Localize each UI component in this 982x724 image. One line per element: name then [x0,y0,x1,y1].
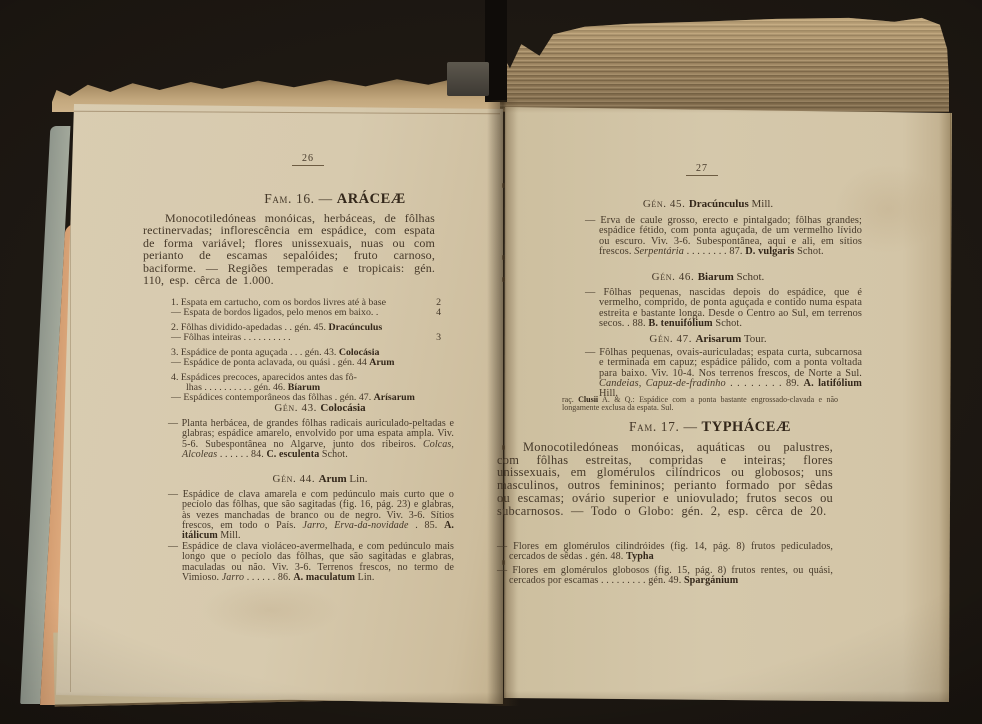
family-heading-araceae: Fam. 16. — ARÁCEÆ [185,191,485,208]
stitch-mark [502,255,505,260]
genus-heading-biarum: Gén. 46. Biarum Schot. [558,271,858,283]
genus-heading-colocasia: Gén. 43. Colocásia [170,402,470,414]
stitch-mark [502,183,505,188]
key-line: — Espádice de ponta aclavada, ou quási .… [171,358,441,368]
key-entry-sparganium: — Flores em glomérulos globosos (fig. 15… [497,566,833,587]
book-gutter [487,100,519,706]
genus-heading-arisarum: Gén. 47. Arisarum Tour. [558,333,858,345]
species-entry-arisarum: — Fôlhas pequenas, ovais-auriculadas; es… [585,348,862,399]
species-entry-biarum: — Fôlhas pequenas, nascidas depois do es… [585,288,862,329]
binding-tab [447,62,489,96]
book-scan: 26 Fam. 16. — ARÁCEÆ Monocotiledóneas mo… [0,0,982,724]
race-note-clusii: raç. Clusii A. & Q.: Espádice com a pont… [562,396,838,413]
key-line: — Fôlhas inteiras . . . . . . . . . .3 [171,333,441,343]
page-stack-fore-edge [494,15,949,112]
family-heading-typhaceae: Fam. 17. — TYPHÁCEÆ [560,419,860,436]
family-intro-paragraph: Monocotiledóneas monóicas, herbáceas, de… [143,212,435,286]
left-page-number: 26 [287,153,329,166]
key-entry-typha: — Flores em glomérulos cilindróides (fig… [497,542,833,563]
species-entry-arum-italicum: — Espádice de clava amarela e com pedúnc… [168,490,454,542]
page-shadow [503,691,957,705]
species-entry-dracunculus: — Erva de caule grosso, erecto e pintalg… [585,216,862,257]
page-edge-line [953,108,954,702]
genus-heading-arum: Gén. 44. Arum Lin. [170,473,470,485]
key-line: — Espata de bordos ligados, pelo menos e… [171,308,441,318]
page-edge-line [72,111,500,115]
paper-stain [200,580,340,640]
species-entry-arum-maculatum: — Espádice de clava violáceo-avermelhada… [168,542,454,583]
dichotomous-key: 1. Espata em cartucho, com os bordos liv… [171,298,441,403]
right-page-number: 27 [681,163,723,176]
page-edge-line [950,110,951,701]
stitch-mark [502,277,505,282]
species-entry-colocasia: — Planta herbácea, de grandes fôlhas rad… [168,419,454,460]
family-intro-paragraph: Monocotiledóneas monóicas, aquáticas ou … [497,441,833,517]
spine-shadow [445,0,507,112]
genus-heading-dracunculus: Gén. 45. Dracúnculus Mill. [558,198,858,210]
dichotomous-key: — Flores em glomérulos cilindróides (fig… [497,542,833,587]
